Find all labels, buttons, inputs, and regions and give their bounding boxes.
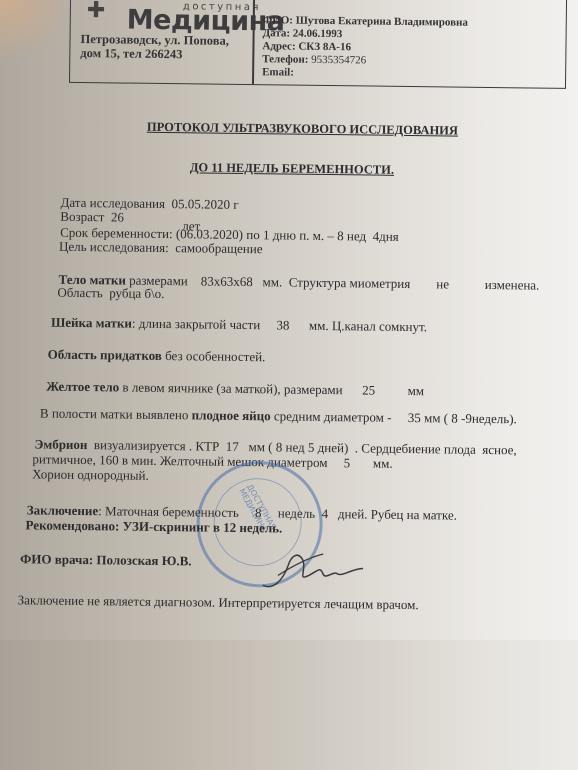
- sac-label: плодное яйцо: [192, 407, 271, 423]
- embryo-label: Эмбрион: [34, 436, 87, 452]
- age-label: Возраст: [60, 209, 104, 225]
- document-title-line2: ДО 11 НЕДЕЛЬ БЕРЕМЕННОСТИ.: [3, 158, 578, 180]
- cervix-row: Шейка матки: длина закрытой части 38 мм.…: [51, 315, 427, 336]
- patient-phone: 9535354726: [311, 54, 366, 67]
- document-page: ✚ доступная Медицина Петрозаводск, ул. П…: [0, 0, 578, 770]
- gestational-sac-row: В полости матки выявлено плодное яйцо ср…: [40, 406, 517, 428]
- doctor-row: ФИО врача: Полозская Ю.В.: [20, 551, 192, 569]
- purpose-row: Цель исследования: самообращение: [59, 239, 263, 257]
- clinic-address-line2: дом 15, тел 266243: [80, 46, 255, 62]
- patient-address: СКЗ 8А-16: [298, 41, 351, 54]
- adnexa-row: Область придатков без особенностей.: [48, 347, 266, 366]
- patient-email-label: Email:: [262, 66, 294, 78]
- corpus-luteum-label: Желтое тело: [46, 379, 119, 395]
- patient-email-row: Email:: [262, 66, 467, 82]
- patient-dob: 24.06.1993: [293, 28, 343, 41]
- corpus-luteum-row: Желтое тело в левом яичнике (за маткой),…: [46, 379, 424, 400]
- purpose-value: самообращение: [175, 240, 262, 256]
- conclusion-label: Заключение: [27, 502, 99, 518]
- age-row: Возраст 26 лет: [60, 209, 200, 227]
- patient-info: ФИО: Шутова Екатерина Владимировна Дата:…: [262, 14, 468, 82]
- sac-text: средним диаметром - 35 мм ( 8 -9недель).: [271, 408, 517, 426]
- purpose-label: Цель исследования:: [59, 239, 169, 255]
- patient-address-label: Адрес:: [262, 40, 295, 52]
- cervix-text: : длина закрытой части 38 мм. Ц.канал со…: [132, 316, 427, 335]
- uterus-text: размерами 83х63х68 мм. Структура миометр…: [126, 273, 540, 293]
- adnexa-text: без особенностей.: [162, 348, 266, 364]
- chorion-row: Хорион однородный.: [32, 466, 149, 483]
- doctor-signature: [258, 545, 369, 596]
- scar-row: Область рубца б\о.: [57, 285, 164, 302]
- age-value: 26: [111, 209, 124, 224]
- patient-name: Шутова Екатерина Владимировна: [296, 15, 468, 29]
- sac-prefix: В полости матки выявлено: [40, 406, 192, 423]
- corpus-luteum-text: в левом яичнике (за маткой), размерами 2…: [119, 379, 424, 398]
- patient-name-label: ФИО:: [263, 14, 293, 26]
- document-title-line1: ПРОТОКОЛ УЛЬТРАЗВУКОВОГО ИССЛЕДОВАНИЯ: [13, 118, 578, 140]
- header-box: ✚ доступная Медицина Петрозаводск, ул. П…: [69, 0, 567, 89]
- patient-dob-label: Дата:: [263, 27, 291, 39]
- recommendation-row: Рекомендовано: УЗИ-скрининг в 12 недель.: [25, 517, 282, 536]
- cervix-label: Шейка матки: [51, 315, 132, 331]
- adnexa-label: Область придатков: [48, 347, 162, 363]
- patient-phone-label: Телефон:: [262, 53, 308, 66]
- clinic-address: Петрозаводск, ул. Попова, дом 15, тел 26…: [80, 32, 255, 62]
- hands-cross-icon: ✚: [87, 0, 106, 23]
